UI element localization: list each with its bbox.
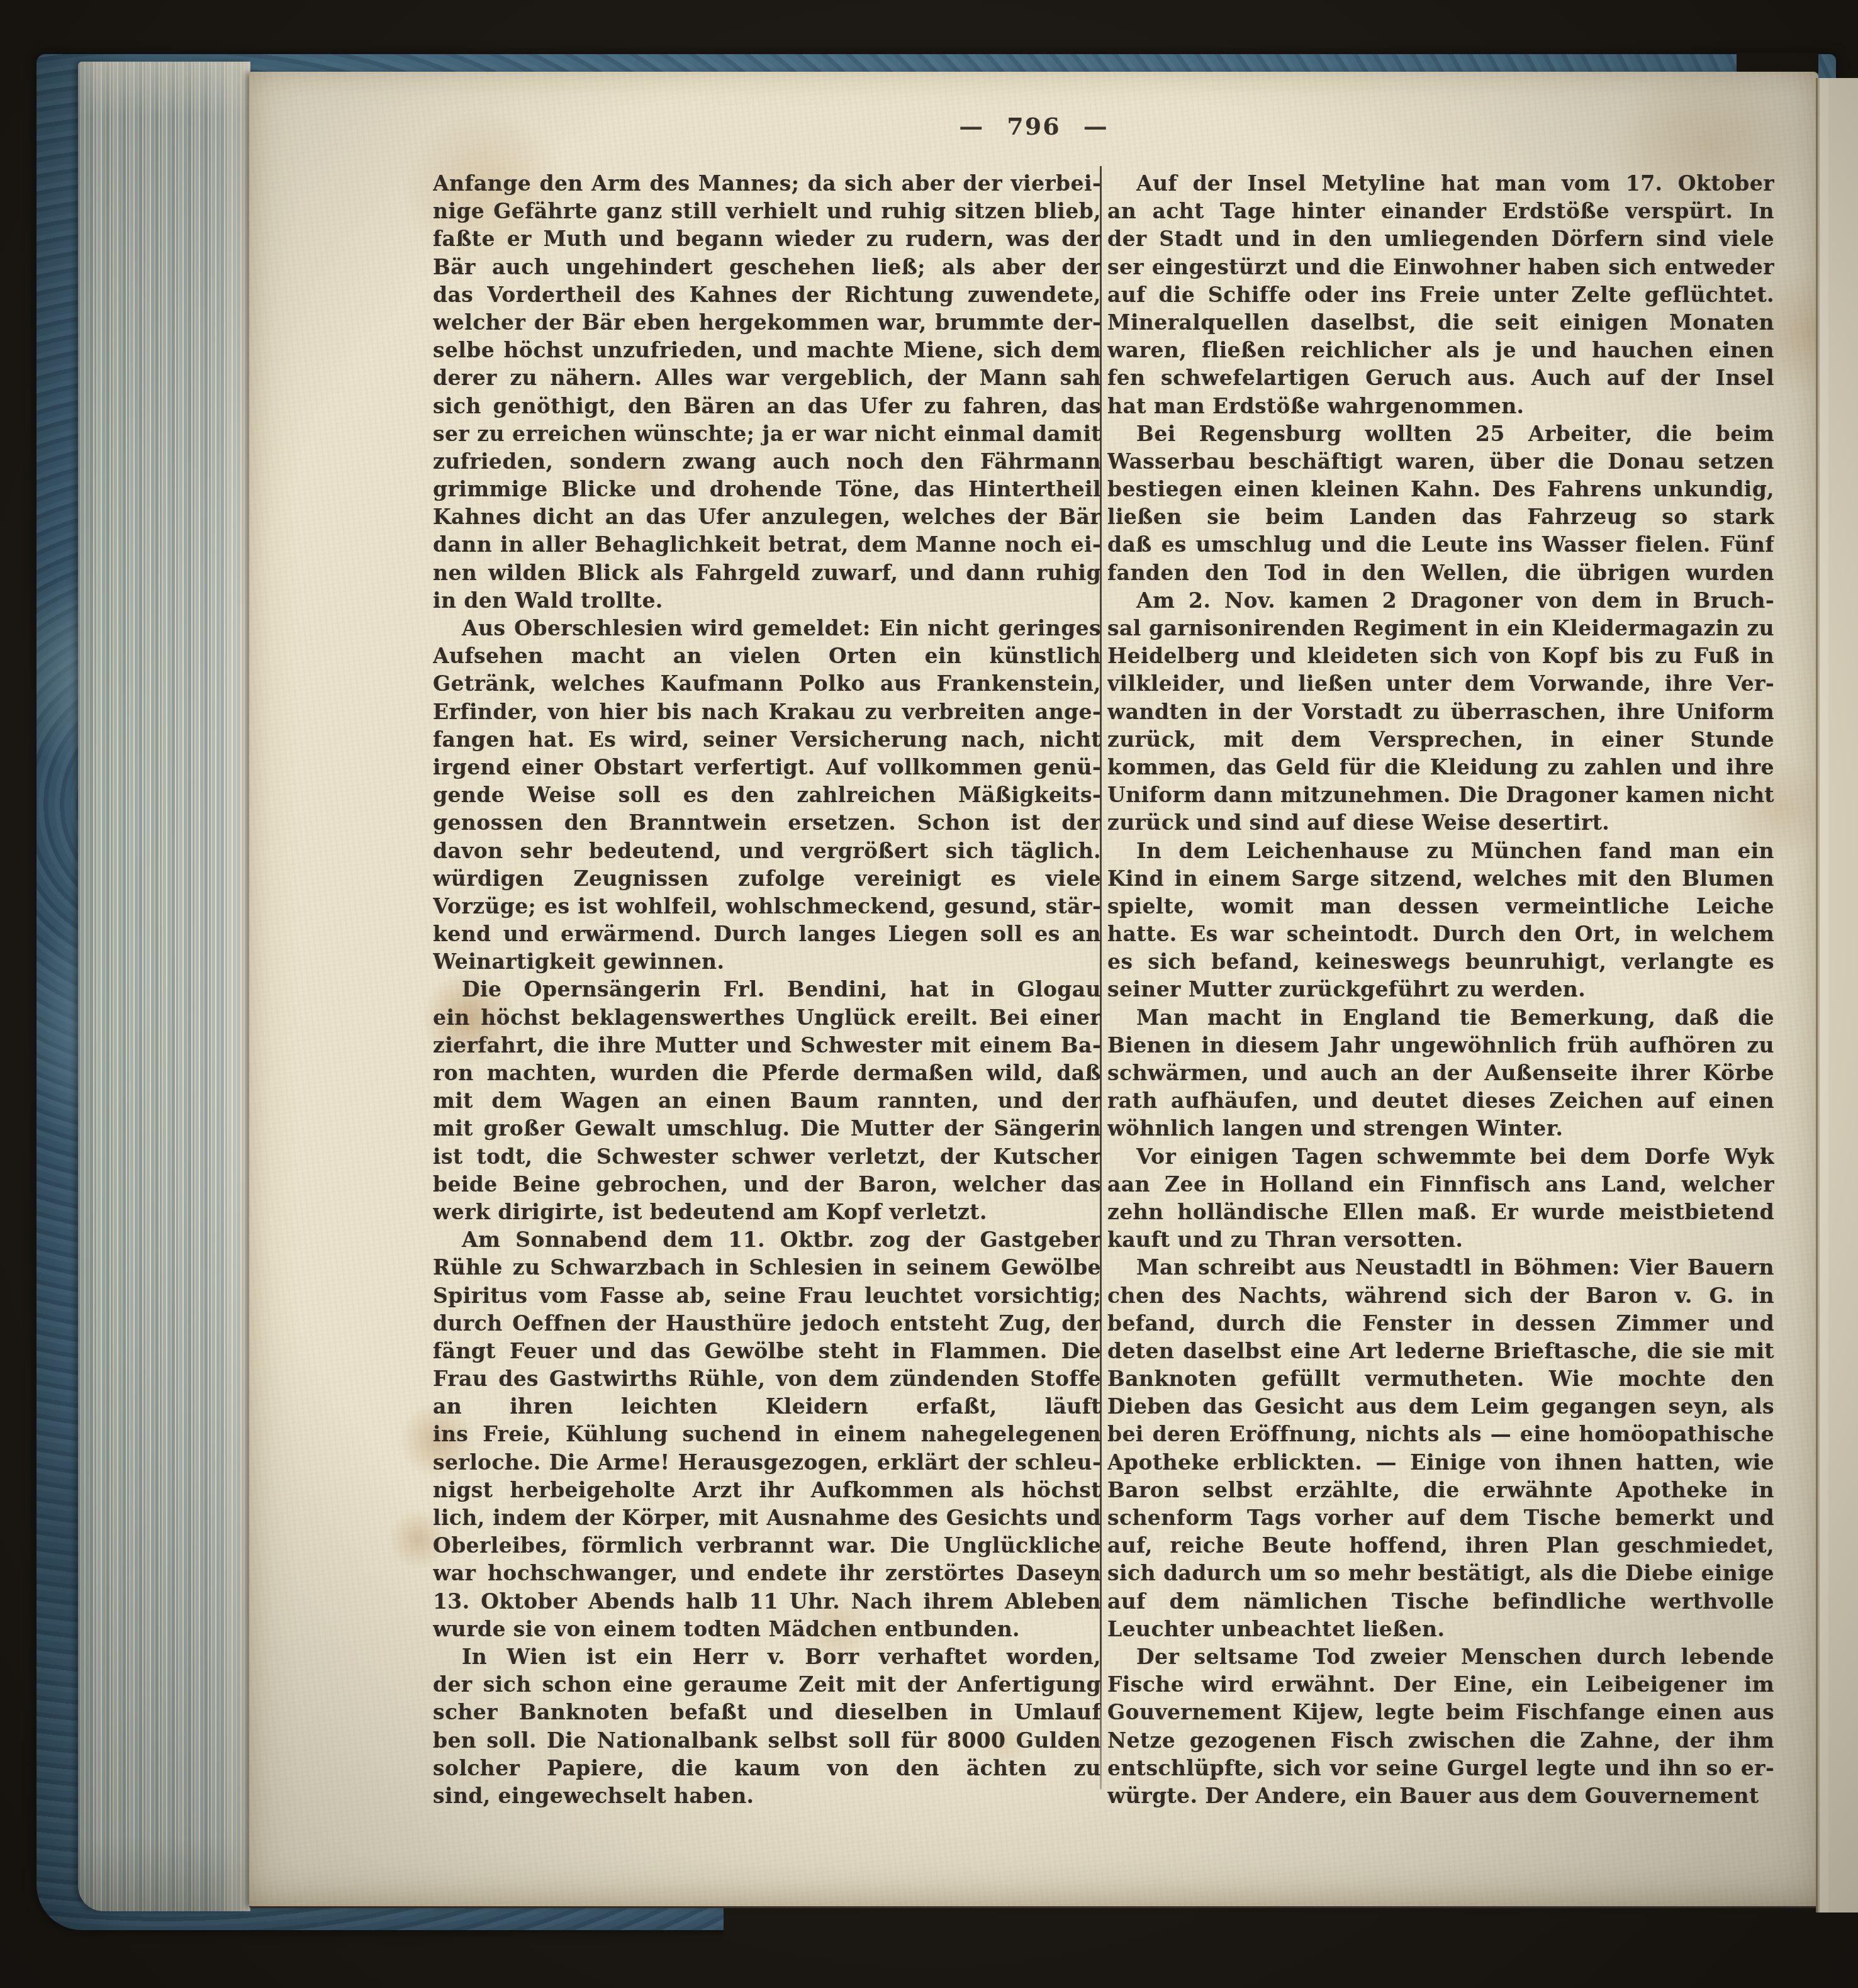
text-line: ist todt, die Schwester schwer verletzt,… [433,1143,1101,1171]
text-line: war hochschwanger, und endete ihr zerstö… [433,1560,1101,1587]
text-line: an ihren leichten Kleidern erfaßt, läuft… [433,1393,1101,1421]
text-line: Bienen in diesem Jahr ungewöhnlich früh … [1107,1032,1774,1059]
text-line: zurück, mit dem Versprechen, in einer St… [1107,726,1774,754]
text-line: ser zu erreichen wünschte; ja er war nic… [433,420,1101,448]
text-line: rath aufhäufen, und deutet dieses Zeiche… [1107,1087,1774,1115]
text-line: serloche. Die Arme! Herausgezogen, erklä… [433,1449,1101,1477]
text-line: würdigen Zeugnissen zufolge vereinigt es… [433,865,1101,893]
text-line: nen wilden Blick als Fahrgeld zuwarf, un… [433,559,1101,587]
text-line: hatte. Es war scheintodt. Durch den Ort,… [1107,920,1774,948]
text-line: Weinartigkeit gewinnen. [433,948,1101,976]
text-line: beide Beine gebrochen, und der Baron, we… [433,1171,1101,1198]
text-line: welcher der Bär eben hergekommen war, br… [433,309,1101,337]
text-line: Anfange den Arm des Mannes; da sich aber… [433,170,1101,198]
text-line: Leuchter unbeachtet ließen. [1107,1616,1774,1643]
text-line: auf die Schiffe oder ins Freie unter Zel… [1107,281,1774,309]
text-line: deten daselbst eine Art lederne Brieftas… [1107,1337,1774,1365]
text-line: irgend einer Obstart verfertigt. Auf vol… [433,754,1101,781]
text-line: kauft und zu Thran versotten. [1107,1226,1774,1254]
text-line: auf dem nämlichen Tische befindliche wer… [1107,1588,1774,1616]
text-line: wurde sie von einem todten Mädchen entbu… [433,1616,1101,1643]
page-number-dash-right: — [1083,112,1109,140]
text-line: Vorzüge; es ist wohlfeil, wohlschmeckend… [433,893,1101,920]
text-line: selbe höchst unzufrieden, und machte Mie… [433,337,1101,364]
text-line: werk dirigirte, ist bedeutend am Kopf ve… [433,1198,1101,1226]
text-line: fen schwefelartigen Geruch aus. Auch auf… [1107,364,1774,392]
text-line: genossen den Branntwein ersetzen. Schon … [433,809,1101,837]
text-line: Am 2. Nov. kamen 2 Dragoner von dem in B… [1107,587,1774,615]
text-line: Baron selbst erzählte, die erwähnte Apot… [1107,1477,1774,1504]
text-line: kommen, das Geld für die Kleidung zu zah… [1107,754,1774,781]
text-line: Netze gezogenen Fisch zwischen die Zahne… [1107,1727,1774,1755]
text-line: gende Weise soll es den zahlreichen Mäßi… [433,781,1101,809]
text-line: lich, indem der Körper, mit Ausnahme des… [433,1504,1101,1532]
text-line: In Wien ist ein Herr v. Borr verhaftet w… [433,1643,1101,1671]
text-line: Dieben das Gesicht aus dem Leim gegangen… [1107,1393,1774,1421]
text-line: ins Freie, Kühlung suchend in einem nahe… [433,1421,1101,1448]
text-line: hat man Erdstöße wahrgenommen. [1107,393,1774,420]
text-line: Kind in einem Sarge sitzend, welches mit… [1107,865,1774,893]
text-line: der sich schon eine geraume Zeit mit der… [433,1671,1101,1699]
text-line: Aus Oberschlesien wird gemeldet: Ein nic… [433,615,1101,642]
text-line: Die Opernsängerin Frl. Bendini, hat in G… [433,976,1101,1003]
text-line: Bei Regensburg wollten 25 Arbeiter, die … [1107,420,1774,448]
text-line: würgte. Der Andere, ein Bauer aus dem Go… [1107,1782,1774,1810]
text-line: befand, durch die Fenster in dessen Zimm… [1107,1310,1774,1337]
text-line: Vor einigen Tagen schwemmte bei dem Dorf… [1107,1143,1774,1171]
text-line: sind, eingewechselt haben. [433,1782,1101,1810]
text-line: mit großer Gewalt umschlug. Die Mutter d… [433,1115,1101,1142]
text-line: zurück und sind auf diese Weise desertir… [1107,809,1774,837]
text-line: fängt Feuer und das Gewölbe steht in Fla… [433,1337,1101,1365]
page-number-dash-left: — [959,112,984,140]
text-line: wandten in der Vorstadt zu überraschen, … [1107,698,1774,726]
text-line: Mineralquellen daselbst, die seit einige… [1107,309,1774,337]
text-line: ein höchst beklagenswerthes Unglück erei… [433,1004,1101,1032]
text-line: Gouvernement Kijew, legte beim Fischfang… [1107,1699,1774,1726]
text-line: Uniform dann mitzunehmen. Die Dragoner k… [1107,781,1774,809]
text-line: dann in aller Behaglichkeit betrat, dem … [433,531,1101,559]
text-line: Fische wird erwähnt. Der Eine, ein Leibe… [1107,1671,1774,1699]
page-number: —796— [249,112,1818,140]
text-line: Bär auch ungehindert geschehen ließ; als… [433,254,1101,281]
text-line: fangen hat. Es wird, seiner Versicherung… [433,726,1101,754]
text-line: Am Sonnabend dem 11. Oktbr. zog der Gast… [433,1226,1101,1254]
text-line: chen des Nachts, während sich der Baron … [1107,1282,1774,1310]
text-column-right: Auf der Insel Metyline hat man vom 17. O… [1107,170,1774,1810]
text-line: Frau des Gastwirths Rühle, von dem zünde… [433,1365,1101,1393]
text-line: mit dem Wagen an einen Baum rannten, und… [433,1087,1101,1115]
text-line: Aufsehen macht an vielen Orten ein künst… [433,642,1101,670]
text-line: schenform Tags vorher auf dem Tische bem… [1107,1504,1774,1532]
text-line: Apotheke erblickten. — Einige von ihnen … [1107,1449,1774,1477]
text-line: spielte, womit man dessen vermeintliche … [1107,893,1774,920]
page-number-value: 796 [1007,112,1060,140]
text-line: Man schreibt aus Neustadtl in Böhmen: Vi… [1107,1254,1774,1282]
text-line: ließen sie beim Landen das Fahrzeug so s… [1107,503,1774,531]
text-line: zufrieden, sondern zwang auch noch den F… [433,448,1101,476]
text-line: sich dadurch um so mehr bestätigt, als d… [1107,1560,1774,1587]
text-line: auf, reiche Beute hoffend, ihren Plan ge… [1107,1532,1774,1560]
text-line: durch Oeffnen der Hausthüre jedoch entst… [433,1310,1101,1337]
text-line: ben soll. Die Nationalbank selbst soll f… [433,1727,1101,1755]
text-line: scher Banknoten befaßt und dieselben in … [433,1699,1101,1726]
text-line: seiner Mutter zurückgeführt zu werden. [1107,976,1774,1003]
text-line: ron machten, wurden die Pferde dermaßen … [433,1059,1101,1087]
text-line: entschlüpfte, sich vor seine Gurgel legt… [1107,1755,1774,1782]
text-line: schwärmen, und auch an der Außenseite ih… [1107,1059,1774,1087]
text-line: Banknoten gefüllt vermutheten. Wie mocht… [1107,1365,1774,1393]
text-line: bei deren Eröffnung, nichts als — eine h… [1107,1421,1774,1448]
text-line: grimmige Blicke und drohende Töne, das H… [433,476,1101,503]
text-line: aan Zee in Holland ein Finnfisch ans Lan… [1107,1171,1774,1198]
text-line: derer zu nähern. Alles war vergeblich, d… [433,364,1101,392]
text-line: zierfahrt, die ihre Mutter und Schwester… [433,1032,1101,1059]
text-line: an acht Tage hinter einander Erdstöße ve… [1107,198,1774,225]
text-line: In dem Leichenhause zu München fand man … [1107,837,1774,865]
text-line: Heidelberg und kleideten sich von Kopf b… [1107,642,1774,670]
text-line: nigst herbeigeholte Arzt ihr Aufkommen a… [433,1477,1101,1504]
text-line: der Stadt und in den umliegenden Dörfern… [1107,225,1774,253]
text-line: Rühle zu Schwarzbach in Schlesien in sei… [433,1254,1101,1282]
text-line: vilkleider, und ließen unter dem Vorwand… [1107,670,1774,698]
text-line: zehn holländische Ellen maß. Er wurde me… [1107,1198,1774,1226]
text-line: sal garnisonirenden Regiment in ein Klei… [1107,615,1774,642]
text-line: Kahnes dicht an das Ufer anzulegen, welc… [433,503,1101,531]
text-line: daß es umschlug und die Leute ins Wasser… [1107,531,1774,559]
text-line: kend und erwärmend. Durch langes Liegen … [433,920,1101,948]
next-page-edge [1816,78,1858,1913]
text-line: es sich befand, keineswegs beunruhigt, v… [1107,948,1774,976]
text-line: fanden den Tod in den Wellen, die übrige… [1107,559,1774,587]
text-line: Getränk, welches Kaufmann Polko aus Fran… [433,670,1101,698]
text-line: wöhnlich langen und strengen Winter. [1107,1115,1774,1142]
text-line: solcher Papiere, die kaum von den ächten… [433,1755,1101,1782]
text-line: sich genöthigt, den Bären an das Ufer zu… [433,393,1101,420]
text-column-left: Anfange den Arm des Mannes; da sich aber… [433,170,1101,1810]
photographed-book-page: { "header": { "dash_left": "—", "page_nu… [0,0,1858,1988]
text-line: nige Gefährte ganz still verhielt und ru… [433,198,1101,225]
text-line: Wasserbau beschäftigt waren, über die Do… [1107,448,1774,476]
text-line: 13. Oktober Abends halb 11 Uhr. Nach ihr… [433,1588,1101,1616]
text-line: Erfinder, von hier bis nach Krakau zu ve… [433,698,1101,726]
text-line: ser eingestürzt und die Einwohner haben … [1107,254,1774,281]
text-line: waren, fließen reichlicher als je und ha… [1107,337,1774,364]
text-line: faßte er Muth und begann wieder zu ruder… [433,225,1101,253]
text-line: Der seltsame Tod zweier Menschen durch l… [1107,1643,1774,1671]
text-line: Auf der Insel Metyline hat man vom 17. O… [1107,170,1774,198]
text-line: Oberleibes, förmlich verbrannt war. Die … [433,1532,1101,1560]
text-line: das Vordertheil des Kahnes der Richtung … [433,281,1101,309]
text-line: bestiegen einen kleinen Kahn. Des Fahren… [1107,476,1774,503]
text-line: davon sehr bedeutend, und vergrößert sic… [433,837,1101,865]
text-line: Man macht in England tie Bemerkung, daß … [1107,1004,1774,1032]
text-line: Spiritus vom Fasse ab, seine Frau leucht… [433,1282,1101,1310]
book-page: —796— Anfange den Arm des Mannes; da sic… [249,72,1818,1908]
page-stack-fore-edge [78,62,250,1911]
text-line: in den Wald trollte. [433,587,1101,615]
background-shadow [724,1904,1858,1988]
